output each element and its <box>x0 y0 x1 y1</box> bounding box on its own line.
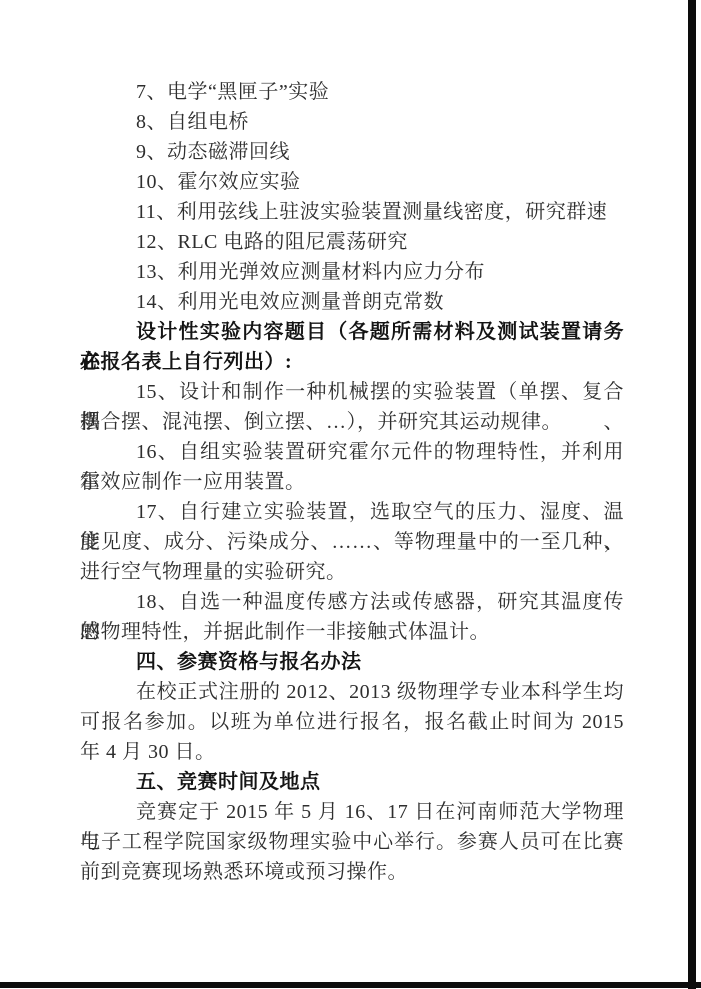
text-line: 五、竞赛时间及地点 <box>80 767 624 797</box>
list-item: 17、自行建立实验装置，选取空气的压力、湿度、温度、 能见度、成分、污染成分、…… <box>80 497 624 587</box>
document-content: 7、电学“黑匣子”实验 8、自组电桥 9、动态磁滞回线 10、霍尔效应实验 11… <box>80 77 624 887</box>
text-line: 14、利用光电效应测量普朗克常数 <box>80 287 624 317</box>
scan-edge-bottom <box>0 982 701 988</box>
text-line: 18、自选一种温度传感方法或传感器，研究其温度传感 <box>80 587 624 617</box>
list-item: 16、自组实验装置研究霍尔元件的物理特性，并利用霍 尔效应制作一应用装置。 <box>80 437 624 497</box>
text-line: 设计性实验内容题目（各题所需材料及测试装置请务必 <box>80 317 624 347</box>
text-line: 11、利用弦线上驻波实验装置测量线密度，研究群速 <box>80 197 624 227</box>
text-line: 10、霍尔效应实验 <box>80 167 624 197</box>
text-line: 12、RLC 电路的阻尼震荡研究 <box>80 227 624 257</box>
text-line: 前到竞赛现场熟悉环境或预习操作。 <box>80 857 624 887</box>
list-item: 13、利用光弹效应测量材料内应力分布 <box>80 257 624 287</box>
text-line: 8、自组电桥 <box>80 107 624 137</box>
list-item: 12、RLC 电路的阻尼震荡研究 <box>80 227 624 257</box>
list-item: 7、电学“黑匣子”实验 <box>80 77 624 107</box>
text-line: 15、设计和制作一种机械摆的实验装置（单摆、复合摆、 <box>80 377 624 407</box>
text-line: 耦合摆、混沌摆、倒立摆、…），并研究其运动规律。 <box>80 407 624 437</box>
section-heading-eligibility: 四、参赛资格与报名办法 <box>80 647 624 677</box>
scan-edge-right <box>688 0 696 989</box>
text-line: 在报名表上自行列出）: <box>80 347 624 377</box>
text-line: 9、动态磁滞回线 <box>80 137 624 167</box>
text-line: 7、电学“黑匣子”实验 <box>80 77 624 107</box>
list-item: 18、自选一种温度传感方法或传感器，研究其温度传感 的物理特性，并据此制作一非接… <box>80 587 624 647</box>
list-item: 11、利用弦线上驻波实验装置测量线密度，研究群速 <box>80 197 624 227</box>
text-line: 在校正式注册的 2012、2013 级物理学专业本科学生均 <box>80 677 624 707</box>
paragraph: 在校正式注册的 2012、2013 级物理学专业本科学生均 可报名参加。以班为单… <box>80 677 624 767</box>
section-heading-design-experiments: 设计性实验内容题目（各题所需材料及测试装置请务必 在报名表上自行列出）: <box>80 317 624 377</box>
text-line: 尔效应制作一应用装置。 <box>80 467 624 497</box>
list-item: 8、自组电桥 <box>80 107 624 137</box>
document-page: 7、电学“黑匣子”实验 8、自组电桥 9、动态磁滞回线 10、霍尔效应实验 11… <box>0 0 701 989</box>
text-line: 16、自组实验装置研究霍尔元件的物理特性，并利用霍 <box>80 437 624 467</box>
text-line: 电子工程学院国家级物理实验中心举行。参赛人员可在比赛 <box>80 827 624 857</box>
list-item: 15、设计和制作一种机械摆的实验装置（单摆、复合摆、 耦合摆、混沌摆、倒立摆、…… <box>80 377 624 437</box>
text-line: 进行空气物理量的实验研究。 <box>80 557 624 587</box>
text-line: 年 4 月 30 日。 <box>80 737 624 767</box>
text-line: 13、利用光弹效应测量材料内应力分布 <box>80 257 624 287</box>
paragraph: 竞赛定于 2015 年 5 月 16、17 日在河南师范大学物理与 电子工程学院… <box>80 797 624 887</box>
list-item: 14、利用光电效应测量普朗克常数 <box>80 287 624 317</box>
list-item: 9、动态磁滞回线 <box>80 137 624 167</box>
text-line: 可报名参加。以班为单位进行报名，报名截止时间为 2015 <box>80 707 624 737</box>
text-line: 的物理特性，并据此制作一非接触式体温计。 <box>80 617 624 647</box>
text-line: 能见度、成分、污染成分、……、等物理量中的一至几种， <box>80 527 624 557</box>
list-item: 10、霍尔效应实验 <box>80 167 624 197</box>
text-line: 竞赛定于 2015 年 5 月 16、17 日在河南师范大学物理与 <box>80 797 624 827</box>
text-line: 四、参赛资格与报名办法 <box>80 647 624 677</box>
section-heading-time-place: 五、竞赛时间及地点 <box>80 767 624 797</box>
text-line: 17、自行建立实验装置，选取空气的压力、湿度、温度、 <box>80 497 624 527</box>
